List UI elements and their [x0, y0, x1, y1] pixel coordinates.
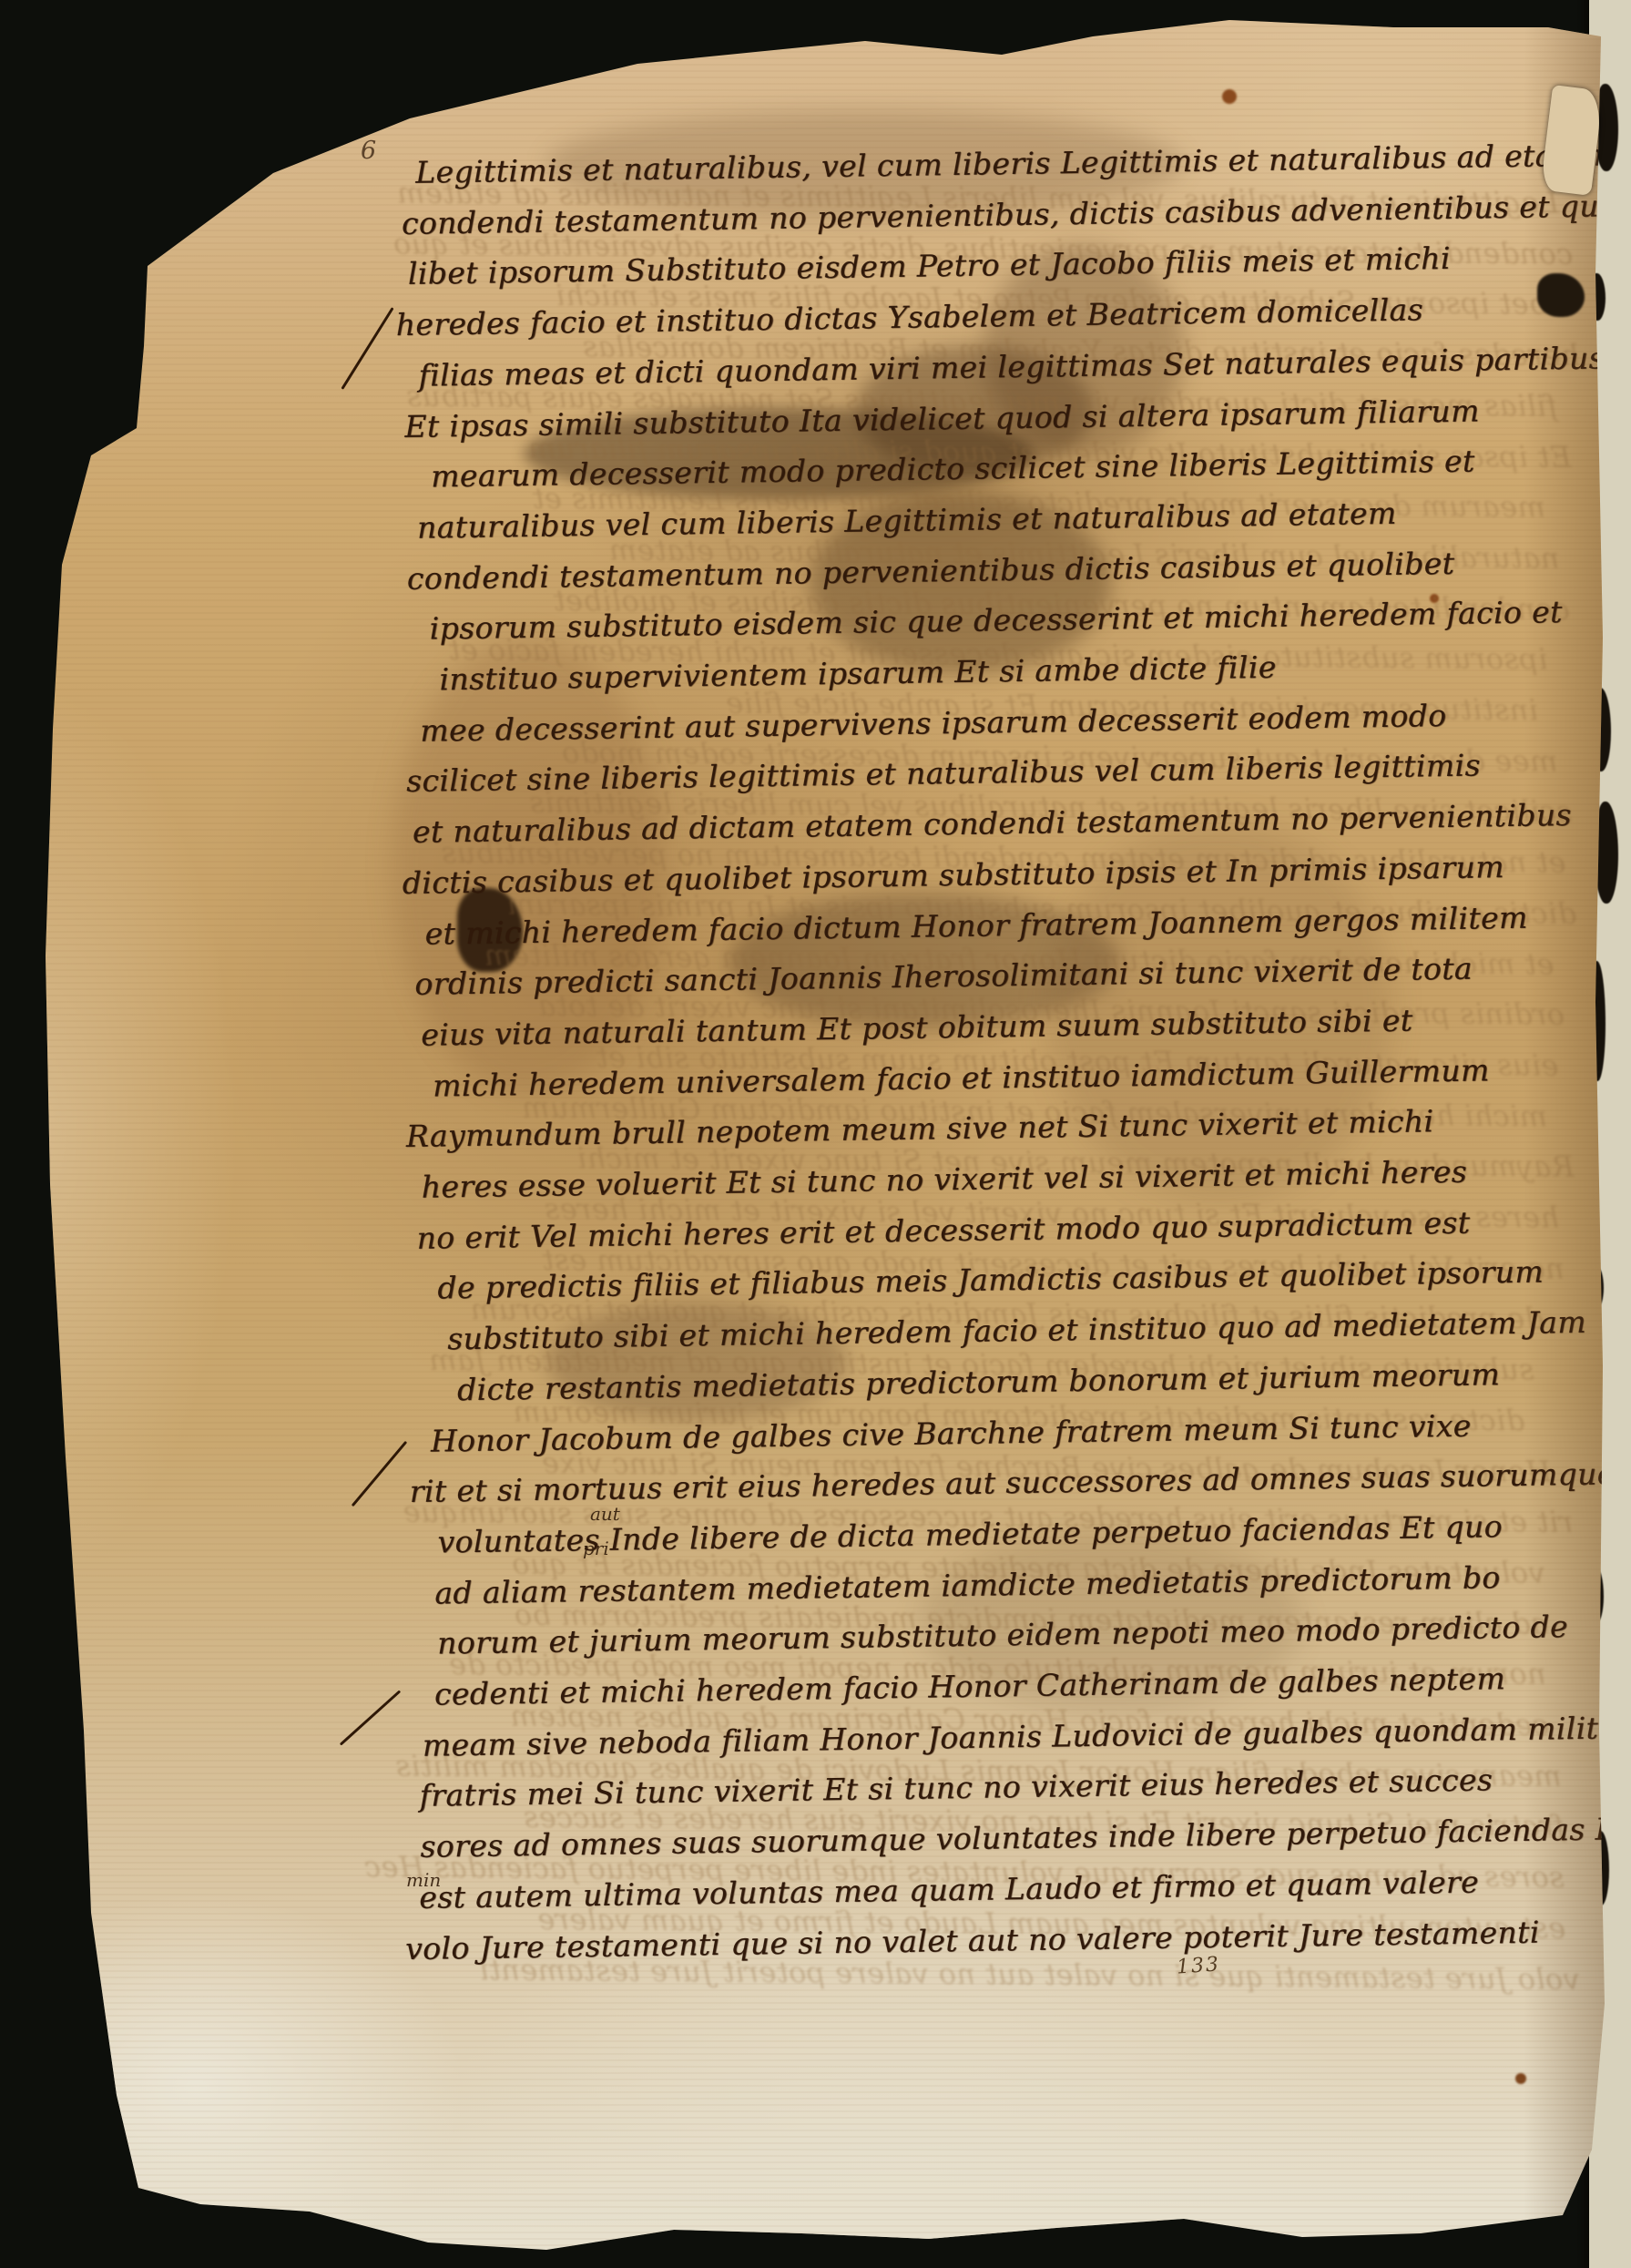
- manuscript-line: sores ad omnes suas suorumque voluntates…: [420, 1811, 1631, 1864]
- interlinear-note: min: [406, 1869, 441, 1891]
- manuscript-line: mearum decesserit modo predicto scilicet…: [431, 444, 1475, 495]
- margin-mark: 6: [361, 137, 376, 165]
- manuscript-line: instituo supervivientem ipsarum Et si am…: [439, 649, 1277, 698]
- manuscript-line: michi heredem universalem facio et insti…: [433, 1052, 1490, 1103]
- manuscript-line: ordinis predicti sancti Joannis Iherosol…: [414, 951, 1473, 1002]
- manuscript-line: fratris mei Si tunc vixerit Et si tunc n…: [419, 1762, 1493, 1813]
- interlinear-note: pri: [583, 1538, 609, 1559]
- manuscript-line: filias meas et dicti quondam viri mei le…: [418, 340, 1605, 393]
- manuscript-line: heredes facio et instituo dictas Ysabele…: [395, 291, 1423, 342]
- manuscript-line: de predictis filiis et filiabus meis Jam…: [437, 1254, 1544, 1306]
- manuscript-line: dicte restantis medietatis predictorum b…: [457, 1356, 1501, 1407]
- manuscript-line: mee decesserint aut supervivens ipsarum …: [420, 698, 1447, 749]
- manuscript-line: naturalibus vel cum liberis Legittimis e…: [417, 495, 1397, 546]
- manuscript-line: Et ipsas simili substituto Ita videlicet…: [404, 393, 1480, 444]
- manuscript-line: substituto sibi et michi heredem facio e…: [447, 1304, 1586, 1357]
- quire-mark: 133: [1176, 1953, 1221, 1978]
- manuscript-line: scilicet sine liberis legittimis et natu…: [406, 748, 1481, 799]
- manuscript-line: et michi heredem facio dictum Honor frat…: [424, 899, 1528, 951]
- manuscript-line: meam sive neboda filiam Honor Joannis Lu…: [423, 1710, 1625, 1763]
- gutter-shadow: [1524, 0, 1606, 2268]
- manuscript-scan: Legittimis et naturalibus, vel cum liber…: [0, 0, 1631, 2268]
- manuscript-line: eius vita naturali tantum Et post obitum…: [421, 1002, 1413, 1052]
- manuscript-line: ad aliam restantem medietatem iamdicte m…: [434, 1559, 1501, 1610]
- manuscript-line: Honor Jacobum de galbes cive Barchne fra…: [431, 1407, 1472, 1458]
- manuscript-line: rit et si mortuus erit eius heredes aut …: [409, 1456, 1615, 1510]
- manuscript-line: cedenti et michi heredem facio Honor Cat…: [434, 1660, 1506, 1711]
- manuscript-line: dictis casibus et quolibet ipsorum subst…: [403, 849, 1505, 901]
- manuscript-line: est autem ultima voluntas mea quam Laudo…: [419, 1864, 1479, 1915]
- interlinear-note: aut: [590, 1503, 620, 1525]
- manuscript-line: norum et jurium meorum substituto eidem …: [437, 1609, 1568, 1660]
- manuscript-line: heres esse voluerit Et si tunc no vixeri…: [422, 1154, 1468, 1205]
- manuscript-line: no erit Vel michi heres erit et decesser…: [416, 1204, 1470, 1255]
- ink-blotch: [1537, 273, 1585, 317]
- manuscript-line: volo Jure testamenti que si no valet aut…: [405, 1914, 1540, 1966]
- manuscript-page: Legittimis et naturalibus, vel cum liber…: [0, 0, 1631, 2268]
- manuscript-line: condendi testamentum no pervenientibus d…: [407, 545, 1455, 596]
- manuscript-line: condendi testamentum no pervenientibus, …: [402, 188, 1618, 241]
- manuscript-line: ipsorum substituto eisdem sic que decess…: [429, 594, 1563, 646]
- manuscript-line: libet ipsorum Substituto eisdem Petro et…: [408, 240, 1452, 291]
- manuscript-line: et naturalibus ad dictam etatem condendi…: [413, 797, 1572, 850]
- text-block: Legittimis et naturalibus, vel cum liber…: [399, 138, 1602, 2068]
- manuscript-line: Raymundum brull nepotem meum sive net Si…: [406, 1104, 1434, 1155]
